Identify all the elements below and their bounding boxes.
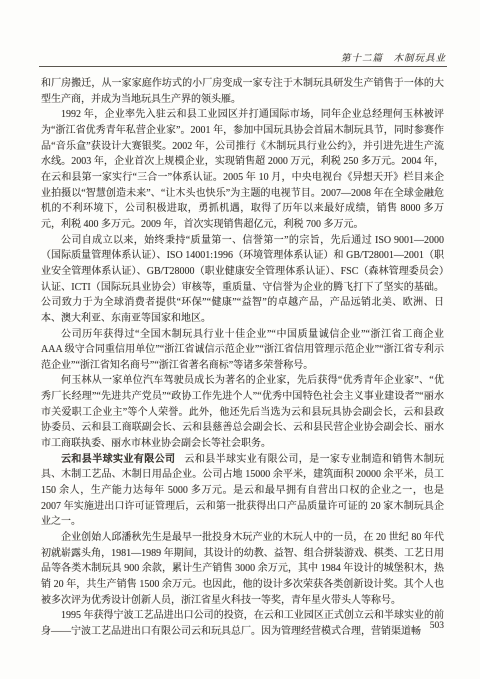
header-rule bbox=[39, 66, 447, 67]
paragraph-heyulin-honors: 何玉林从一家单位汽车驾驶员成长为著名的企业家，先后获得“优秀青年企业家”、“优秀… bbox=[41, 373, 444, 451]
paragraph-founder-qiupanqiu: 企业创始人邱潘秋先生是最早一批投身木玩产业的木玩人中的一员，在 20 世纪 80… bbox=[41, 530, 444, 608]
paragraph-banqiu-company: 云和县半球实业有限公司云和县半球实业有限公司，是一家专业制造和销售木制玩具、木制… bbox=[41, 452, 444, 530]
company-name-bold-lead: 云和县半球实业有限公司 bbox=[61, 454, 175, 465]
paragraph-continuation: 和厂房搬迁，从一家家庭作坊式的小厂房变成一家专注于木制玩具研发生产销售于一体的大… bbox=[41, 76, 444, 107]
book-page: 第十二篇 木制玩具业 和厂房搬迁，从一家家庭作坊式的小厂房变成一家专注于木制玩具… bbox=[0, 0, 480, 679]
page-number: 503 bbox=[430, 621, 444, 631]
body-text-block: 和厂房搬迁，从一家家庭作坊式的小厂房变成一家专注于木制玩具研发生产销售于一体的大… bbox=[41, 76, 444, 640]
running-head: 第十二篇 木制玩具业 bbox=[341, 50, 446, 64]
paragraph-history-1992: 1992 年，企业率先入驻云和县工业园区并打通国际市场，同年企业总经理何玉林被评… bbox=[41, 107, 444, 232]
paragraph-founding-1995: 1995 年获得宁波工艺品进出口公司的投资，在云和工业园区正式创立云和半球实业的… bbox=[41, 608, 444, 639]
paragraph-certifications: 公司自成立以来，始终秉持“质量第一、信誉第一”的宗旨，先后通过 ISO 9001… bbox=[41, 233, 444, 327]
paragraph-company-honors: 公司历年获得过“全国木制玩具行业十佳企业”“中国质量诚信企业”“浙江省工商企业 … bbox=[41, 327, 444, 374]
